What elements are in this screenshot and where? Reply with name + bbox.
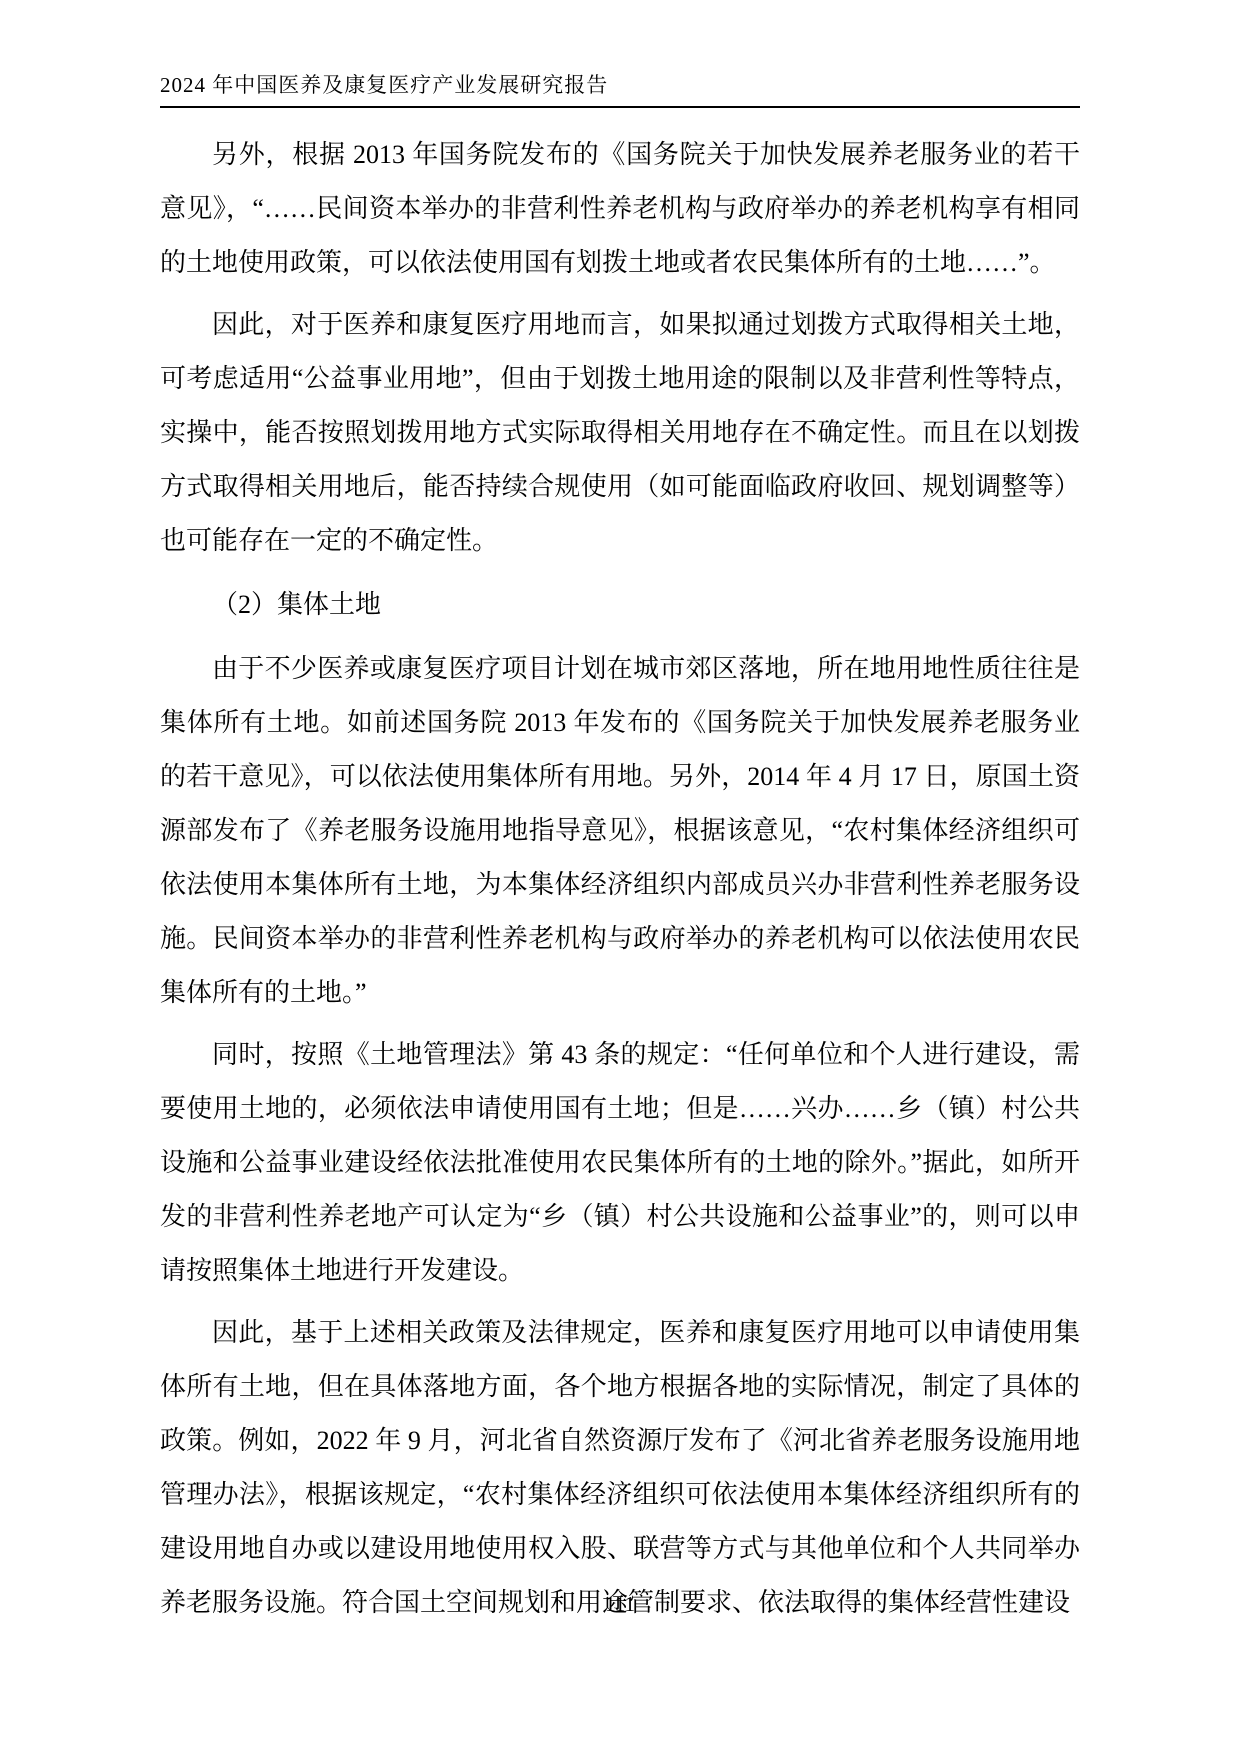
document-page: 2024 年中国医养及康复医疗产业发展研究报告 另外，根据 2013 年国务院发…	[0, 0, 1240, 1754]
document-body: 另外，根据 2013 年国务院发布的《国务院关于加快发展养老服务业的若干意见》，…	[160, 128, 1080, 1638]
body-paragraph-2: 因此，对于医养和康复医疗用地而言，如果拟通过划拨方式取得相关土地，可考虑适用“公…	[160, 298, 1080, 568]
body-paragraph-4: 同时，按照《土地管理法》第 43 条的规定：“任何单位和个人进行建设，需要使用土…	[160, 1028, 1080, 1298]
body-paragraph-5: 因此，基于上述相关政策及法律规定，医养和康复医疗用地可以申请使用集体所有土地，但…	[160, 1306, 1080, 1630]
section-heading-collective-land: （2）集体土地	[160, 578, 1080, 632]
page-number: 111	[0, 1592, 1240, 1617]
body-paragraph-1: 另外，根据 2013 年国务院发布的《国务院关于加快发展养老服务业的若干意见》，…	[160, 128, 1080, 290]
header-divider	[160, 106, 1080, 108]
page-header: 2024 年中国医养及康复医疗产业发展研究报告	[160, 70, 1080, 116]
body-paragraph-3: 由于不少医养或康复医疗项目计划在城市郊区落地，所在地用地性质往往是集体所有土地。…	[160, 642, 1080, 1020]
report-header-title: 2024 年中国医养及康复医疗产业发展研究报告	[160, 70, 1080, 100]
